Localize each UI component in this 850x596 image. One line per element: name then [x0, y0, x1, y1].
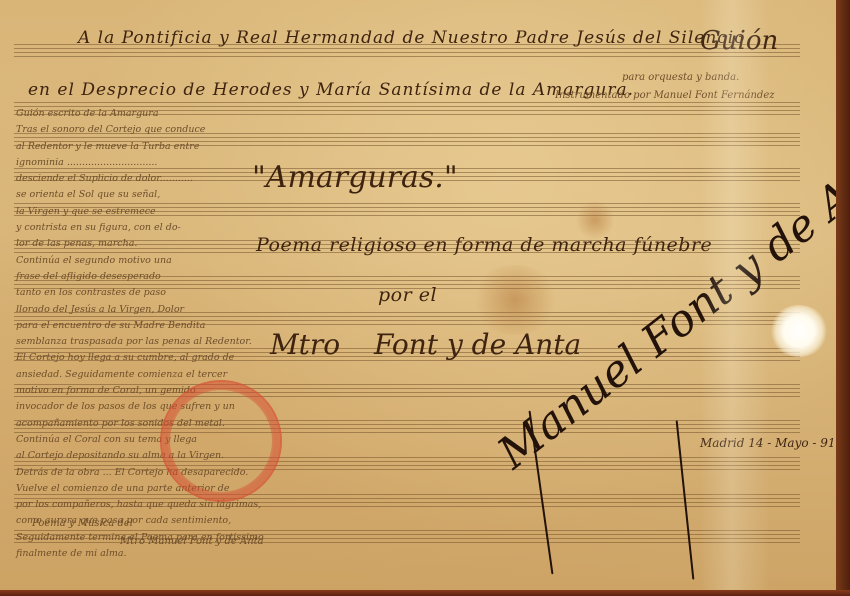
note-line: tanto en los contrastes de paso [16, 285, 264, 301]
note-line: llorado del Jesús a la Virgen, Dolor [16, 302, 264, 318]
note-line: y contrista en su figura, con el do- [16, 220, 264, 236]
frame-edge-bottom [0, 590, 850, 596]
note-line: lor de las penas, marcha. [16, 236, 264, 252]
author-prefix: Mtro [270, 328, 340, 361]
dedication-line-2: en el Desprecio de Herodes y María Santí… [28, 80, 634, 100]
note-line: El Cortejo hoy llega a su cumbre, al gra… [16, 350, 264, 366]
note-line: Guión escrito de la Amargura [16, 106, 264, 122]
note-line: ignominia .............................. [16, 155, 264, 171]
note-line: desciende el Suplicio de dolor..........… [16, 171, 264, 187]
note-line: finalmente de mi alma. [16, 546, 264, 562]
glass-reflection [700, 0, 770, 596]
light-glare [770, 305, 828, 357]
water-stain [470, 265, 560, 335]
note-line: Tras el sonoro del Cortejo que conduce [16, 122, 264, 138]
signoff-line-2: Mtro Manuel Font y de Anta [120, 536, 264, 547]
note-line: la Virgen y que se estremece [16, 204, 264, 220]
author-name: Font y de Anta [374, 328, 581, 361]
note-line: frase del afligido desesperado [16, 269, 264, 285]
red-seal-stamp [160, 380, 282, 502]
note-line: Continúa el segundo motivo una [16, 253, 264, 269]
author-intro: por el [378, 284, 437, 306]
note-line: se orienta el Sol que su señal, [16, 187, 264, 203]
note-line: al Redentor y le mueve la Turba entre [16, 139, 264, 155]
work-title: "Amarguras." [252, 160, 458, 195]
signoff-line-1: Poema y Música del [32, 518, 133, 529]
dedication-line-1: A la Pontificia y Real Hermandad de Nues… [78, 28, 745, 48]
note-line: semblanza traspasada por las penas al Re… [16, 334, 264, 350]
work-subtitle: Poema religioso en forma de marcha fúneb… [256, 234, 712, 256]
frame-edge-right [836, 0, 850, 596]
note-line: para el encuentro de su Madre Bendita [16, 318, 264, 334]
